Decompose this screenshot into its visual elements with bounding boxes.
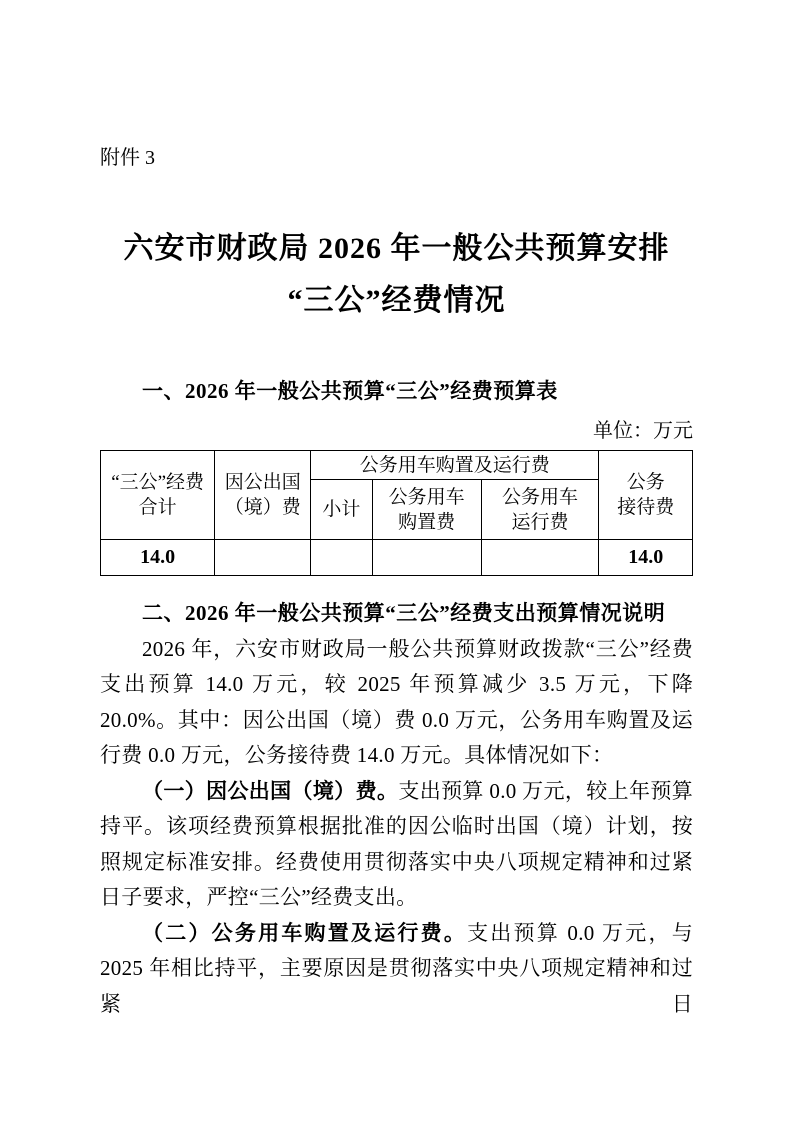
budget-table: “三公”经费 合计 因公出国 （境）费 公务用车购置及运行费 公务 接待费 小计… <box>100 450 693 576</box>
paragraph-abroad-expense-lead: （一）因公出国（境）费。 <box>142 779 398 803</box>
header-vehicle-operation: 公务用车 运行费 <box>481 480 599 540</box>
value-vehicle-subtotal <box>311 540 373 576</box>
attachment-label: 附件 3 <box>100 143 693 173</box>
value-vehicle-purchase <box>372 540 481 576</box>
header-vehicle-purchase: 公务用车 购置费 <box>372 480 481 540</box>
document-title-line1: 六安市财政局 2026 年一般公共预算安排 <box>100 223 693 275</box>
header-reception: 公务 接待费 <box>599 451 693 540</box>
value-abroad <box>215 540 311 576</box>
value-reception: 14.0 <box>599 540 693 576</box>
document-title: 六安市财政局 2026 年一般公共预算安排 “三公”经费情况 <box>100 223 693 327</box>
value-vehicle-operation <box>481 540 599 576</box>
paragraph-vehicle-expense-lead: （二）公务用车购置及运行费。 <box>142 921 467 945</box>
paragraph-overview: 2026 年，六安市财政局一般公共预算财政拨款“三公”经费支出预算 14.0 万… <box>100 632 693 774</box>
header-total: “三公”经费 合计 <box>101 451 215 540</box>
unit-note: 单位：万元 <box>100 417 693 445</box>
paragraph-vehicle-expense: （二）公务用车购置及运行费。支出预算 0.0 万元，与 2025 年相比持平，主… <box>100 916 693 1023</box>
header-abroad: 因公出国 （境）费 <box>215 451 311 540</box>
header-vehicle-subtotal: 小计 <box>311 480 373 540</box>
paragraph-abroad-expense: （一）因公出国（境）费。支出预算 0.0 万元，较上年预算持平。该项经费预算根据… <box>100 774 693 916</box>
value-total: 14.0 <box>101 540 215 576</box>
header-vehicle-group: 公务用车购置及运行费 <box>311 451 599 480</box>
section1-heading: 一、2026 年一般公共预算“三公”经费预算表 <box>100 373 693 409</box>
table-row: 14.0 14.0 <box>101 540 693 576</box>
document-page: 附件 3 六安市财政局 2026 年一般公共预算安排 “三公”经费情况 一、20… <box>0 0 793 1122</box>
section2-heading: 二、2026 年一般公共预算“三公”经费支出预算情况说明 <box>100 596 693 632</box>
document-title-line2: “三公”经费情况 <box>100 275 693 327</box>
